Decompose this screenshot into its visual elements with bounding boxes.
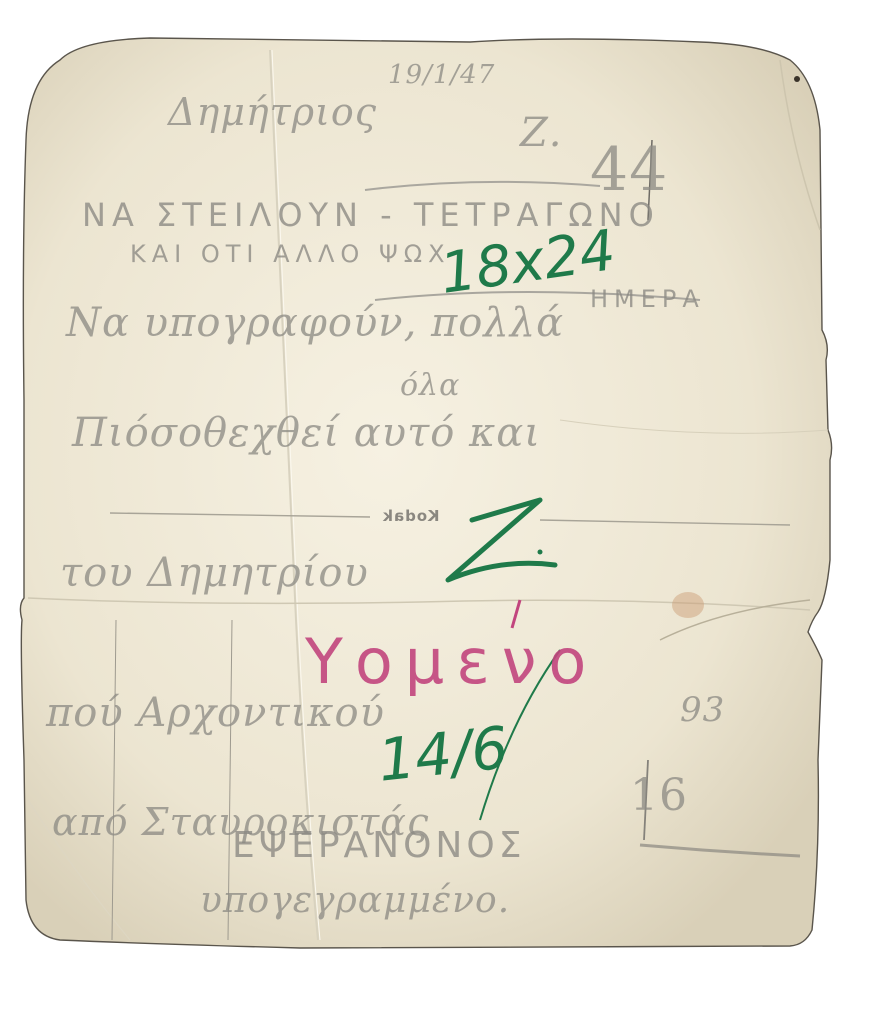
printed-kodak-mark: Kodak xyxy=(382,507,440,525)
paper-surface xyxy=(0,0,881,1024)
pencil-number-top: 44 xyxy=(590,135,668,205)
pencil-caps-bottom: ΕΨΕΡΑΝΟΝΟΣ xyxy=(232,825,525,866)
document-scan: 19/1/47 Δημήτριος Ζ. 44 ΝΑ ΣΤΕΙΛΟΥΝ - ΤΕ… xyxy=(0,0,881,1024)
pencil-script-line-5: του Δημητρίου xyxy=(60,550,369,596)
pencil-number-right: 16 xyxy=(630,770,688,821)
pencil-script-line-8: υπογεγραμμένο. xyxy=(200,880,510,921)
pencil-script-line-3: Να υπογραφούν, πολλά xyxy=(66,300,564,346)
pencil-caps-line-3: ΗΜΕΡΑ xyxy=(590,285,705,313)
green-ink-date: 14/6 xyxy=(375,713,512,794)
pencil-date: 19/1/47 xyxy=(388,60,495,90)
pencil-line-name: Δημήτριος xyxy=(168,90,377,134)
pencil-script-line-4: Πιόσοθεχθεί αυτό και xyxy=(72,410,541,456)
pencil-line-initial: Ζ. xyxy=(520,110,563,156)
pencil-number-right-2: 93 xyxy=(680,690,725,730)
pink-ink-word: Υομενο xyxy=(305,625,598,698)
pencil-script-small: όλα xyxy=(400,368,460,403)
pencil-caps-line-2: ΚΑΙ ΟΤΙ ΑΛΛΟ ΨΩΧ xyxy=(130,240,451,268)
